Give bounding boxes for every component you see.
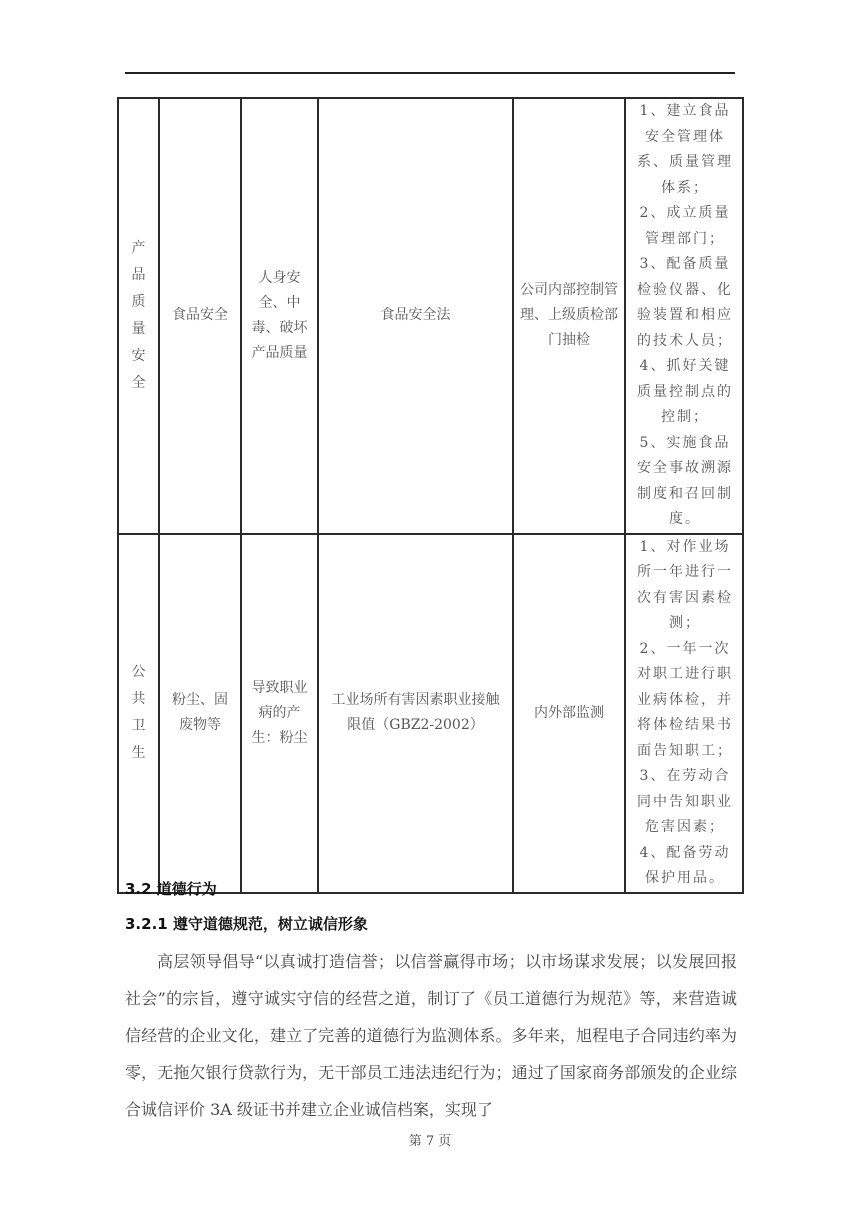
measure-item: 5、实施食品安全事故溯源制度和召回制度。	[632, 431, 738, 533]
monitoring-cell: 内外部监测	[513, 534, 625, 893]
standard-cell: 工业场所有害因素职业接触限值（GBZ2-2002）	[318, 534, 513, 893]
measure-item: 4、抓好关键质量控制点的控制；	[632, 354, 738, 431]
measure-item: 4、配备劳动保护用品。	[632, 841, 738, 892]
table-row: 产品质量安全 食品安全 人身安全、中毒、破坏产品质量 食品安全法 公司内部控制管…	[118, 98, 743, 534]
measure-item: 1、对作业场所一年进行一次有害因素检测；	[632, 535, 738, 637]
measures-cell: 1、建立食品安全管理体系、质量管理体系； 2、成立质量管理部门； 3、配备质量检…	[625, 98, 743, 534]
header-rule	[125, 72, 735, 74]
table-row: 公共卫生 粉尘、固废物等 导致职业病的产生：粉尘 工业场所有害因素职业接触限值（…	[118, 534, 743, 893]
body-paragraph: 高层领导倡导“以真诚打造信誉；以信誉赢得市场；以市场谋求发展；以发展回报社会”的…	[125, 943, 737, 1128]
measure-item: 2、成立质量管理部门；	[632, 201, 738, 252]
item-cell: 粉尘、固废物等	[159, 534, 241, 893]
measure-item: 2、一年一次对职工进行职业病体检，并将体检结果书面告知职工；	[632, 637, 738, 765]
page-number: 第 7 页	[0, 1130, 860, 1149]
measures-cell: 1、对作业场所一年进行一次有害因素检测； 2、一年一次对职工进行职业病体检，并将…	[625, 534, 743, 893]
monitoring-cell: 公司内部控制管理、上级质检部门抽检	[513, 98, 625, 534]
measure-item: 3、配备质量检验仪器、化验装置和相应的技术人员；	[632, 252, 738, 354]
section-heading: 3.2 道德行为	[125, 878, 217, 899]
standard-cell: 食品安全法	[318, 98, 513, 534]
measure-item: 1、建立食品安全管理体系、质量管理体系；	[632, 99, 738, 201]
measure-item: 3、在劳动合同中告知职业危害因素；	[632, 764, 738, 841]
category-cell: 产品质量安全	[118, 98, 159, 534]
risk-table: 产品质量安全 食品安全 人身安全、中毒、破坏产品质量 食品安全法 公司内部控制管…	[117, 97, 744, 894]
impact-cell: 导致职业病的产生：粉尘	[241, 534, 318, 893]
item-cell: 食品安全	[159, 98, 241, 534]
subsection-heading: 3.2.1 遵守道德规范，树立诚信形象	[125, 913, 368, 934]
impact-cell: 人身安全、中毒、破坏产品质量	[241, 98, 318, 534]
category-cell: 公共卫生	[118, 534, 159, 893]
